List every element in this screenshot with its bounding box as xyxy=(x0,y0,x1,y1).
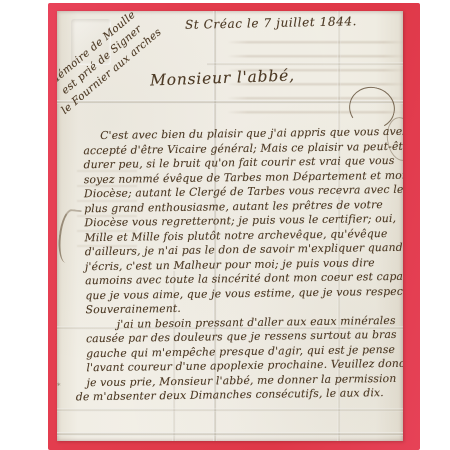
dateline: St Créac le 7 juillet 1844. xyxy=(185,14,357,32)
letter-paper: ⁎ St Créac le 7 juillet 1844. Mémoire de… xyxy=(57,11,403,441)
horizontal-crease xyxy=(57,408,403,412)
ink-speck: ⁎ xyxy=(57,380,62,385)
photo-page: { "photo": { "description_type": "scanne… xyxy=(0,0,450,450)
margin-paraph xyxy=(57,208,82,264)
horizontal-crease xyxy=(57,432,403,436)
letter-body: C'est avec bien du plaisir que j'ai appr… xyxy=(83,125,403,405)
red-mat-background: ⁎ St Créac le 7 juillet 1844. Mémoire de… xyxy=(48,3,420,450)
